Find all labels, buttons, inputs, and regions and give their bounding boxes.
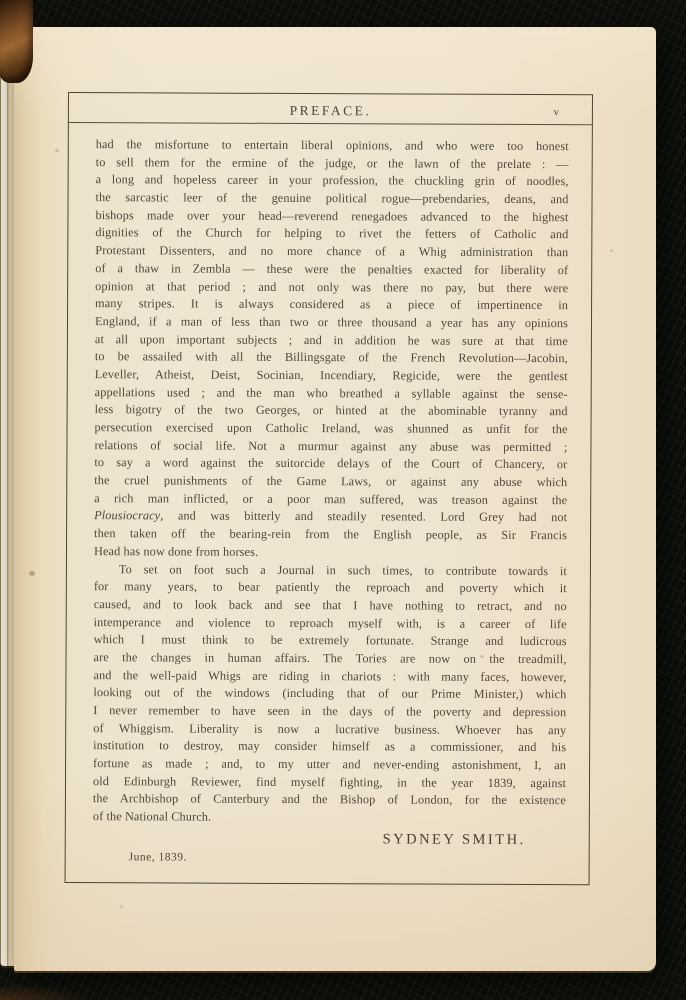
book-page: PREFACE. v had the misfortune to enterta… xyxy=(14,27,656,971)
foxing-spot xyxy=(29,571,35,576)
text-line: bishops made over your head—reverend ren… xyxy=(95,207,568,227)
text-line: many stripes. It is always considered as… xyxy=(95,295,568,315)
text-line: England, if a man of less than two or th… xyxy=(95,313,568,333)
text-line: which I must think to be extremely fortu… xyxy=(94,631,567,651)
text-line: less bigotry of the two Georges, or hint… xyxy=(95,401,568,421)
foxing-spot xyxy=(120,905,123,908)
text-line: Leveller, Atheist, Deist, Socinian, Ince… xyxy=(95,366,568,386)
text-line: Protestant Dissenters, and no more chanc… xyxy=(95,242,568,262)
text-line: the Archbishop of Canterbury and the Bis… xyxy=(93,791,566,811)
text-line: for many years, to bear patiently the re… xyxy=(94,578,567,598)
text-line: dignities of the Church for helping to r… xyxy=(95,225,568,245)
text-line: old Edinburgh Reviewer, find myself figh… xyxy=(93,773,566,793)
photo-background: { "document": { "header": { "title": "PR… xyxy=(0,0,686,1000)
text-line: appellations used ; and the man who brea… xyxy=(95,384,568,404)
foxing-spot xyxy=(480,655,484,658)
text-line: opinion at that period ; and not only wa… xyxy=(95,278,568,298)
book-spine-fragment xyxy=(0,0,33,83)
page-number: v xyxy=(554,107,560,118)
text-line: of a thaw in Zembla — these were the pen… xyxy=(95,260,568,280)
running-header: PREFACE. v xyxy=(69,93,592,125)
text-line: persecution exercised upon Catholic Irel… xyxy=(94,419,567,439)
text-line: and the well-paid Whigs are riding in ch… xyxy=(93,667,566,687)
text-line: had the misfortune to entertain liberal … xyxy=(96,136,569,156)
text-line: To set on foot such a Journal in such ti… xyxy=(94,561,567,581)
text-line: intemperance and violence to reproach my… xyxy=(94,614,567,634)
text-line: at all upon important subjects ; and in … xyxy=(95,331,568,351)
author-signature: SYDNEY SMITH. xyxy=(93,830,566,849)
text-line: Plousiocracy, and was bitterly and stead… xyxy=(94,508,567,528)
text-line: looking out of the windows (including th… xyxy=(93,684,566,704)
text-line: caused, and to look back and see that I … xyxy=(94,596,567,616)
text-line: then taken off the bearing-rein from the… xyxy=(94,525,567,545)
page-body-text: had the misfortune to entertain liberal … xyxy=(66,123,592,865)
text-line: a rich man inflicted, or a poor man suff… xyxy=(94,490,567,510)
photo-scene: PREFACE. v had the misfortune to enterta… xyxy=(0,0,686,1000)
text-line: of Whiggism. Liberality is now a lucrati… xyxy=(93,720,566,740)
text-line: Head has now done from horses. xyxy=(94,543,567,563)
text-line: a long and hopeless career in your profe… xyxy=(96,171,569,191)
text-line-rest: , and was bitterly and steadily resented… xyxy=(160,509,567,525)
printed-border-frame: PREFACE. v had the misfortune to enterta… xyxy=(65,92,593,885)
text-line: fortune as made ; and, to my utter and n… xyxy=(93,755,566,775)
foxing-spot xyxy=(610,249,613,252)
text-line: relations of social life. Not a murmur a… xyxy=(94,437,567,457)
book-cover-shadow xyxy=(0,984,90,1000)
text-line: the cruel punishments of the Game Laws, … xyxy=(94,472,567,492)
dateline: June, 1839. xyxy=(93,851,566,865)
text-line: of the National Church. xyxy=(93,808,566,828)
text-line: are the changes in human affairs. The To… xyxy=(93,649,566,669)
page-title: PREFACE. xyxy=(69,102,592,120)
text-line: to say a word against the suitorcide del… xyxy=(94,454,567,474)
text-line: institution to destroy, may consider him… xyxy=(93,737,566,757)
text-line: I never remember to have seen in the day… xyxy=(93,702,566,722)
foxing-spot xyxy=(55,149,59,152)
italic-word: Plousiocracy xyxy=(94,509,160,523)
text-line: to be assailed with all the Billingsgate… xyxy=(95,348,568,368)
text-line: the sarcastic leer of the genuine politi… xyxy=(95,189,568,209)
text-line: to sell them for the ermine of the judge… xyxy=(96,154,569,174)
